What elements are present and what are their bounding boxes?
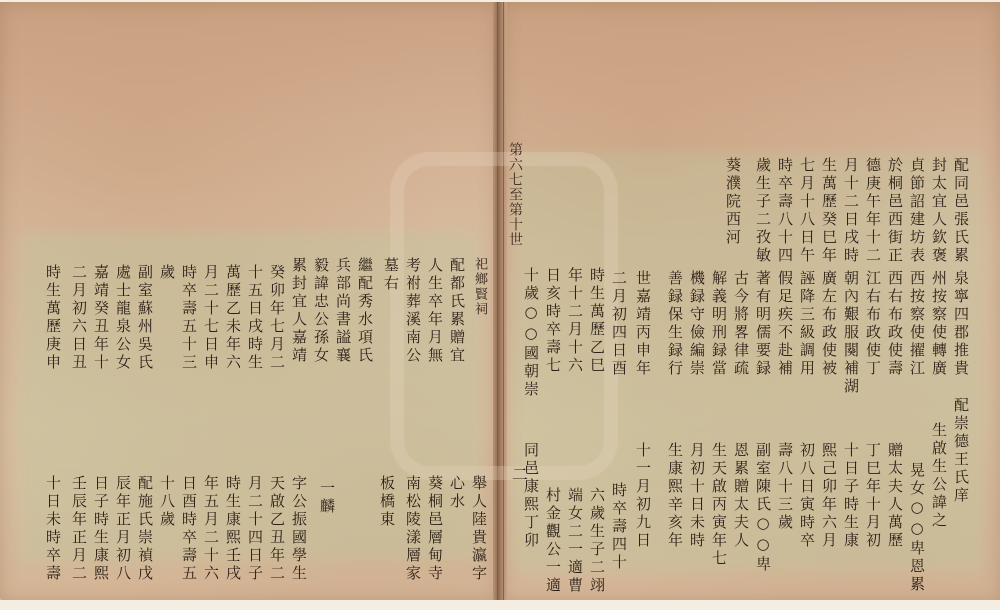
text-column: 墓右: [382, 257, 400, 293]
text-column: 南松陵漾層家: [404, 475, 422, 583]
text-column: 壽八十三歲: [776, 442, 794, 532]
text-column: 七月十八日午: [798, 157, 816, 265]
page-bottom-edge: [0, 600, 1000, 610]
text-column: 生康熙辛亥年: [666, 442, 684, 550]
text-column: 廣左布政使被: [820, 270, 838, 378]
text-column: 十歲○○國朝崇: [522, 267, 540, 399]
text-column: 一麟: [318, 480, 336, 516]
text-column: 解義明刑録當: [710, 270, 728, 378]
text-column: 嘉靖癸丑年十: [92, 264, 110, 372]
genealogy-book-spread: 第六七至第十世 二 配同邑張氏累 封太宜人欽褒 貞節詔建坊表 於桐邑西街正 德庚…: [0, 2, 1000, 604]
text-column: 時卒壽四十: [610, 482, 628, 572]
text-column: 生萬歷癸巳年: [820, 157, 838, 265]
text-column: 晃女○○卑恩累: [908, 462, 926, 594]
text-column: 善録保生録行: [666, 270, 684, 378]
text-column: 副室蘇州吳氏: [136, 264, 154, 372]
text-column: 兵部尚書謚襄: [334, 257, 352, 365]
text-column: 熙己卯年六月: [820, 442, 838, 550]
text-column: 配同邑張氏累: [952, 157, 970, 265]
text-column: 世嘉靖丙申年: [634, 270, 652, 378]
text-column: 毅諱忠公孫女: [312, 257, 330, 365]
text-column: 葵桐邑層甸寺: [426, 475, 444, 583]
text-column: 十日未時卒壽: [44, 475, 62, 583]
text-column: 生啟生公諱之: [930, 422, 948, 530]
text-column: 配都氏累贈宜: [448, 257, 466, 365]
text-column: 誣降三級調用: [798, 270, 816, 378]
text-column: 十五日戌時生: [246, 264, 264, 372]
text-column: 二月初六日丑: [70, 264, 88, 372]
text-column: 同邑康熙丁卯: [522, 442, 540, 550]
text-column: 考祔葬溪南公: [404, 257, 422, 365]
text-column: 月初十日未時: [688, 442, 706, 550]
text-column: 時生萬歷庚申: [44, 264, 62, 372]
text-column: 板橋東: [378, 475, 396, 529]
text-column: 江右布政使丁: [864, 270, 882, 378]
text-column: 時卒壽五十三: [180, 264, 198, 372]
text-column: 朝內艱服闋補湖: [842, 270, 860, 396]
text-column: 舉人陸貴瀛字: [470, 475, 488, 583]
text-column: 十一月初九日: [634, 442, 652, 550]
generation-label: 第六七至第十世: [505, 142, 525, 247]
text-column: 著有明儒要録: [754, 270, 772, 378]
text-column: 於桐邑西街正: [886, 157, 904, 265]
text-column: 恩累贈太夫人: [732, 442, 750, 550]
text-column: 月二十四日子: [246, 475, 264, 583]
text-column: 心水: [448, 475, 466, 511]
text-column: 封太宜人欽褒: [930, 157, 948, 265]
text-column: 月二十七日申: [202, 264, 220, 372]
text-column: 假足疾不赴補: [776, 270, 794, 378]
text-column: 十日子時生康: [842, 442, 860, 550]
text-column: 贈太夫人萬歷: [886, 442, 904, 550]
text-column: 日子時生康熙: [92, 475, 110, 583]
text-column: 西右布政使壽: [886, 270, 904, 378]
text-column: 生天啟丙寅年七: [710, 442, 728, 568]
text-column: 歲生子二孜敏: [754, 157, 772, 265]
text-column: 配崇德王氏庠: [952, 397, 970, 505]
text-column: 日酉時卒壽五: [180, 475, 198, 583]
text-column: 配施氏崇禎戊: [136, 475, 154, 583]
text-column: 村金觀公一適: [544, 487, 562, 595]
text-column: 葵濮院西河: [724, 157, 742, 247]
text-column: 歲: [158, 264, 176, 282]
text-column: 年十二月十六: [566, 267, 584, 375]
text-column: 德庚午年十二: [864, 157, 882, 265]
text-column: 時生萬歷乙巳: [588, 267, 606, 375]
text-column: 累封宜人嘉靖: [290, 257, 308, 365]
text-column: 萬歷乙未年六: [224, 264, 242, 372]
text-column: 字公振國學生: [290, 475, 308, 583]
text-column: 丁巳年十月初: [864, 442, 882, 550]
text-column: 州按察使轉廣: [930, 270, 948, 378]
text-column: 貞節詔建坊表: [908, 157, 926, 265]
text-column: 日亥時卒壽七: [544, 267, 562, 375]
text-column: 副室陳氏○○卑: [754, 442, 772, 574]
text-column: 處士龍泉公女: [114, 264, 132, 372]
text-column: 十八歲: [158, 475, 176, 529]
text-column: 祀鄉賢祠: [470, 257, 488, 317]
text-column: 繼配秀水項氏: [356, 257, 374, 365]
text-column: 癸卯年七月二: [268, 264, 286, 372]
text-column: 初八日寅時卒: [798, 442, 816, 550]
text-column: 年五月二十六: [202, 475, 220, 583]
text-column: 月十二日戌時: [842, 157, 860, 265]
text-column: 人生卒年月無: [426, 257, 444, 365]
text-column: 六歲生子二翊: [588, 487, 606, 595]
text-column: 機録守儉編崇: [688, 270, 706, 378]
text-column: 時卒壽八十四: [776, 157, 794, 265]
text-column: 壬辰年正月二: [70, 475, 88, 583]
text-column: 端女二一適曹: [566, 487, 584, 595]
text-column: 時生康熙壬戌: [224, 475, 242, 583]
text-column: 二月初四日酉: [610, 270, 628, 378]
text-column: 西按察使擢江: [908, 270, 926, 378]
text-column: 古今將畧律疏: [732, 270, 750, 378]
text-column: 辰年正月初八: [114, 475, 132, 583]
text-column: 天啟乙丑年二: [268, 475, 286, 583]
text-column: 泉寧四郡推貴: [952, 270, 970, 378]
